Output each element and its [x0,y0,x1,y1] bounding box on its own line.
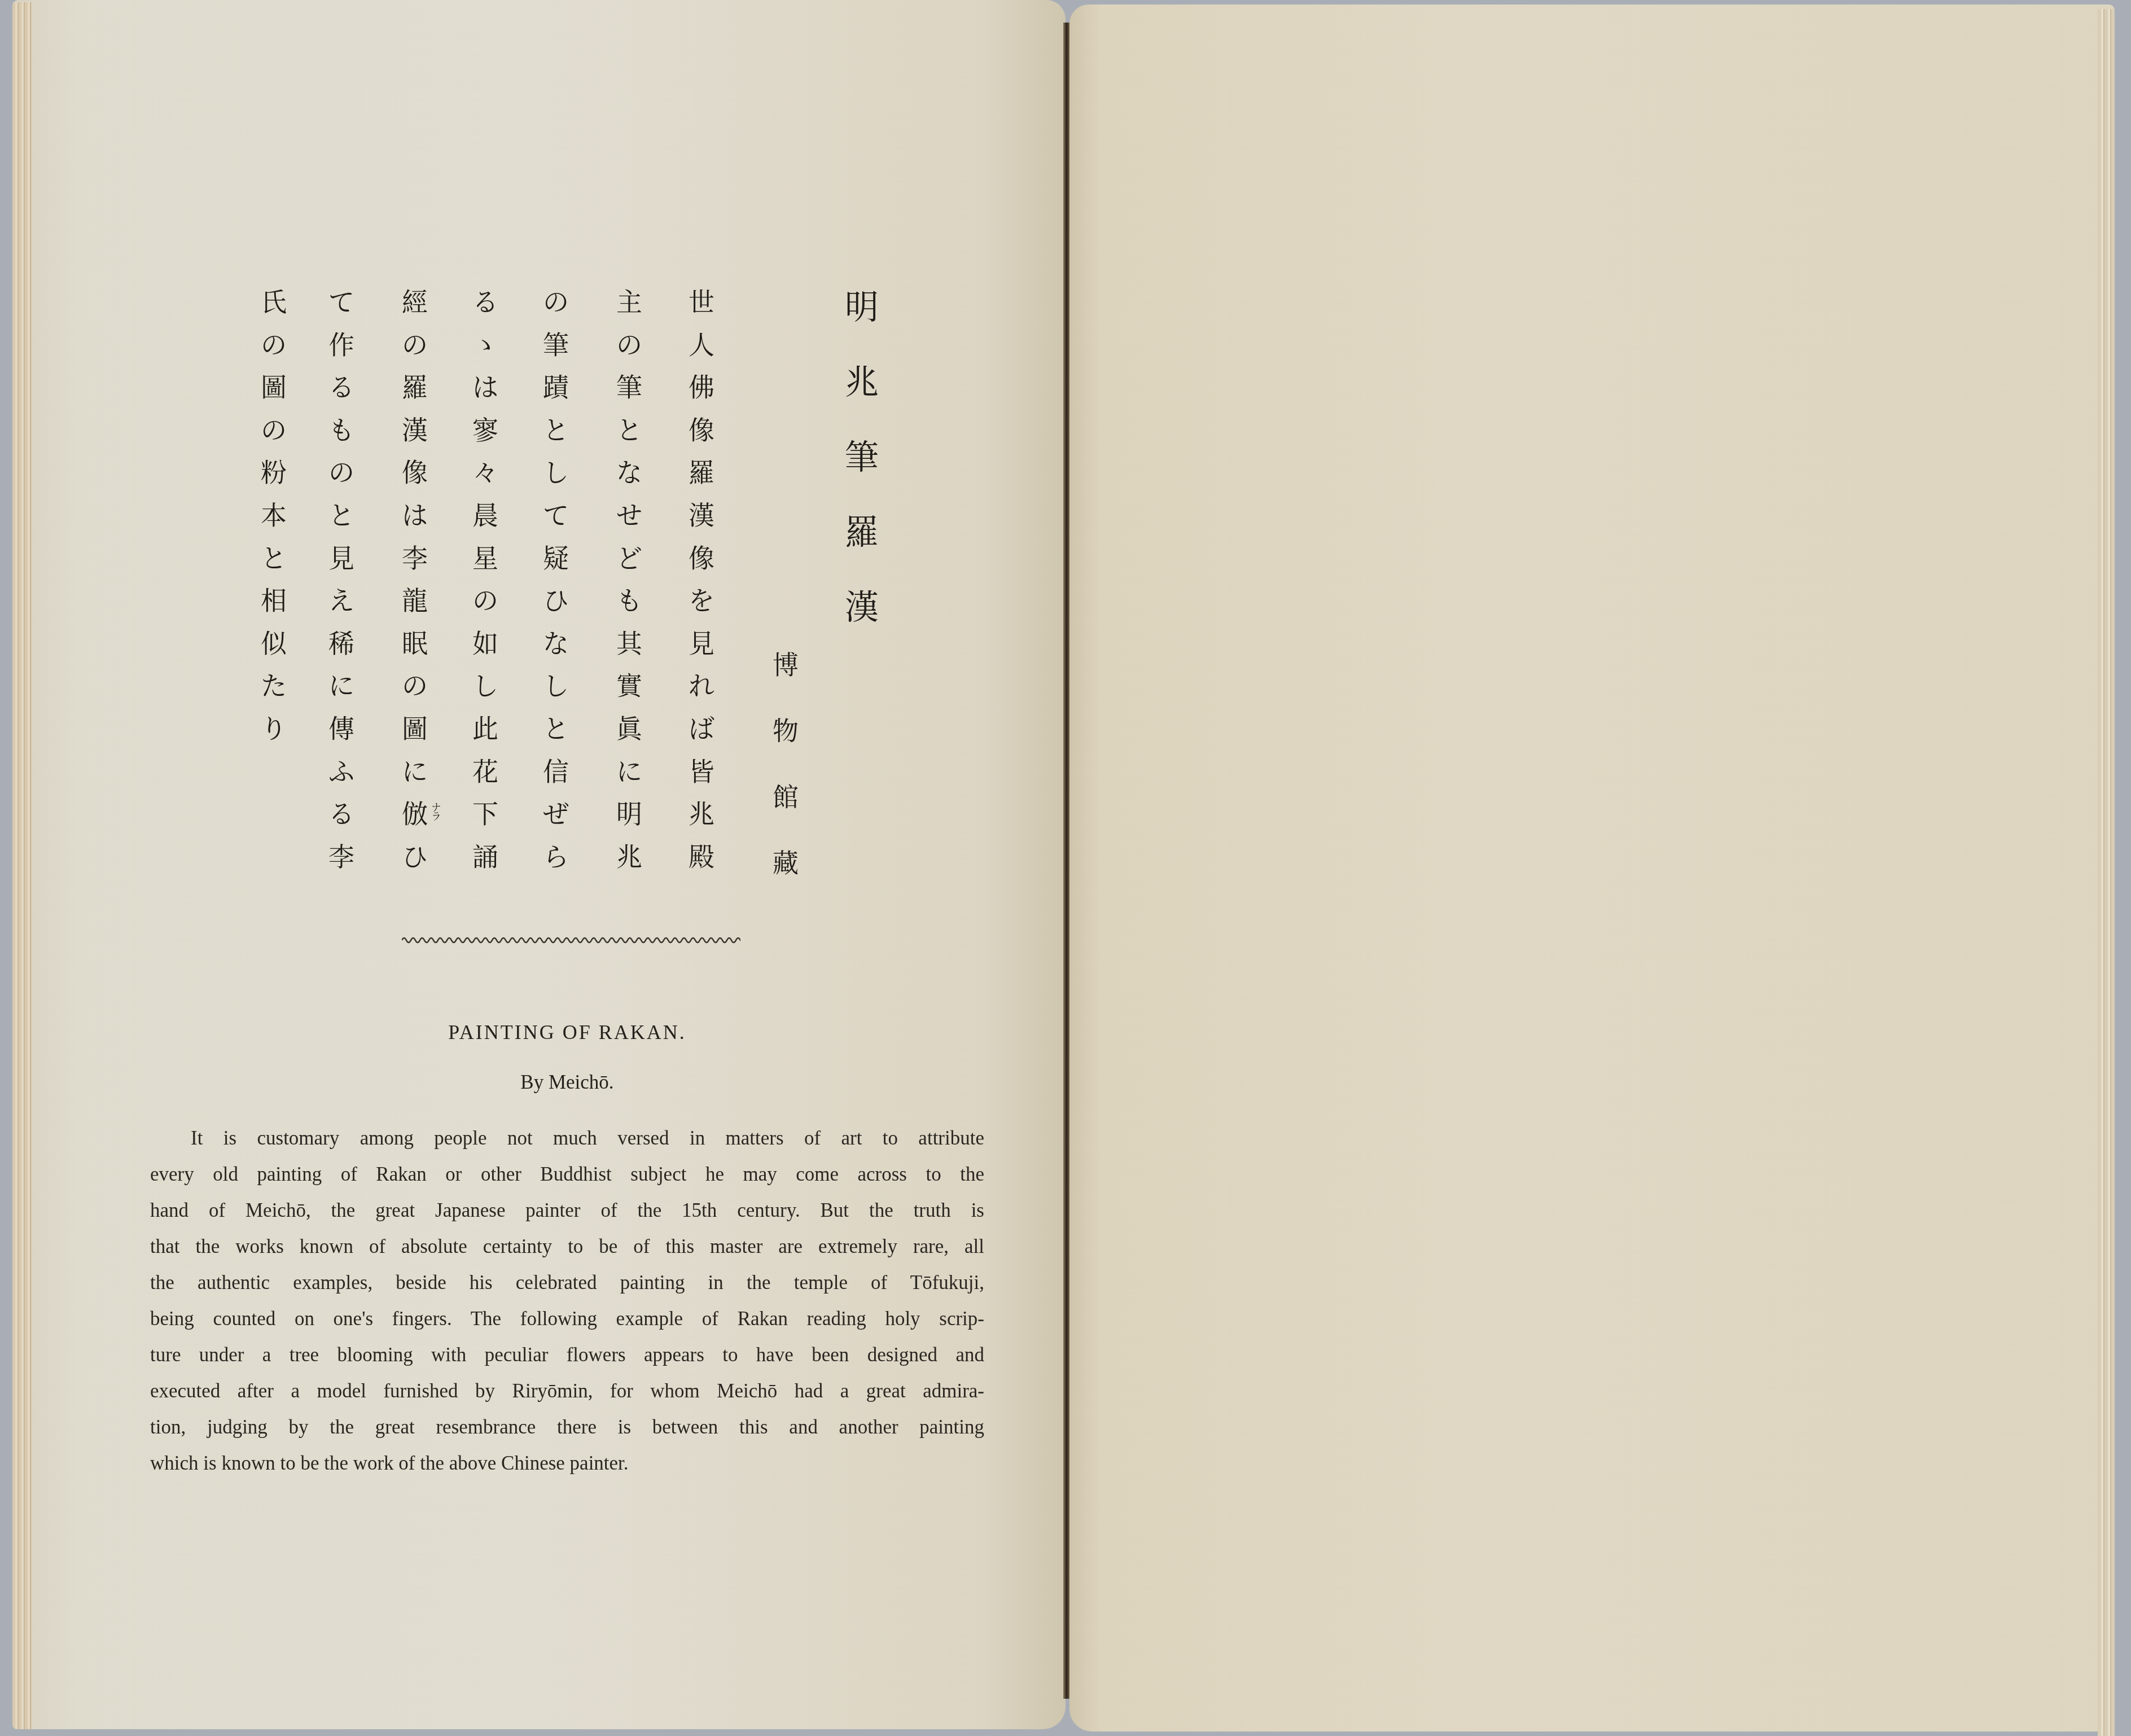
japanese-title: 明 兆 筆 羅 漢 [839,291,884,666]
japanese-column-1: 世人佛像羅漢像を見れば皆兆殿 [679,289,724,886]
japanese-column-7: 氏の圖の粉本と相似たり [251,289,296,759]
paragraph-line: executed after a model furnished by Riry… [150,1373,984,1409]
japanese-owner-credit: 博 物 館 藏 [763,652,808,916]
english-paragraph: It is customary among people not much ve… [150,1120,984,1481]
paragraph-line: It is customary among people not much ve… [150,1120,984,1156]
paragraph-line: hand of Meichō, the great Japanese paint… [150,1193,984,1229]
paragraph-line: tion, judging by the great resembrance t… [150,1409,984,1445]
english-author-line: By Meichō. [12,1071,1122,1094]
paragraph-line: ture under a tree blooming with peculiar… [150,1337,984,1373]
wavy-divider [402,934,740,946]
left-page: 明 兆 筆 羅 漢 博 物 館 藏 世人佛像羅漢像を見れば皆兆殿 主の筆となせど… [12,0,1065,1729]
japanese-column-5: 經の羅漢像は李龍眠の圖に倣ナラひ [392,289,437,886]
ruby-annotated-char: 倣ナラ [402,801,428,844]
english-title: PAINTING OF RAKAN. [12,1020,1122,1044]
paragraph-line: every old painting of Rakan or other Bud… [150,1156,984,1193]
paragraph-line: the authentic examples, beside his celeb… [150,1265,984,1301]
furigana: ナラ [430,802,440,820]
japanese-column-4: るゝは寥々晨星の如し此花下誦 [463,289,508,886]
left-page-edges [12,2,32,1729]
right-page-edges [2098,9,2115,1736]
paragraph-line: which is known to be the work of the abo… [150,1445,984,1481]
right-page-blank [1069,5,2115,1731]
book-spread: 明 兆 筆 羅 漢 博 物 館 藏 世人佛像羅漢像を見れば皆兆殿 主の筆となせど… [0,0,2131,1736]
paragraph-line: being counted on one's fingers. The foll… [150,1301,984,1337]
japanese-column-3: の筆蹟として疑ひなしと信ぜら [533,289,578,886]
japanese-column-2: 主の筆となせども其實眞に明兆 [607,289,652,886]
paragraph-line: that the works known of absolute certain… [150,1229,984,1265]
japanese-column-6: て作るものと見え稀に傳ふる李 [319,289,364,886]
